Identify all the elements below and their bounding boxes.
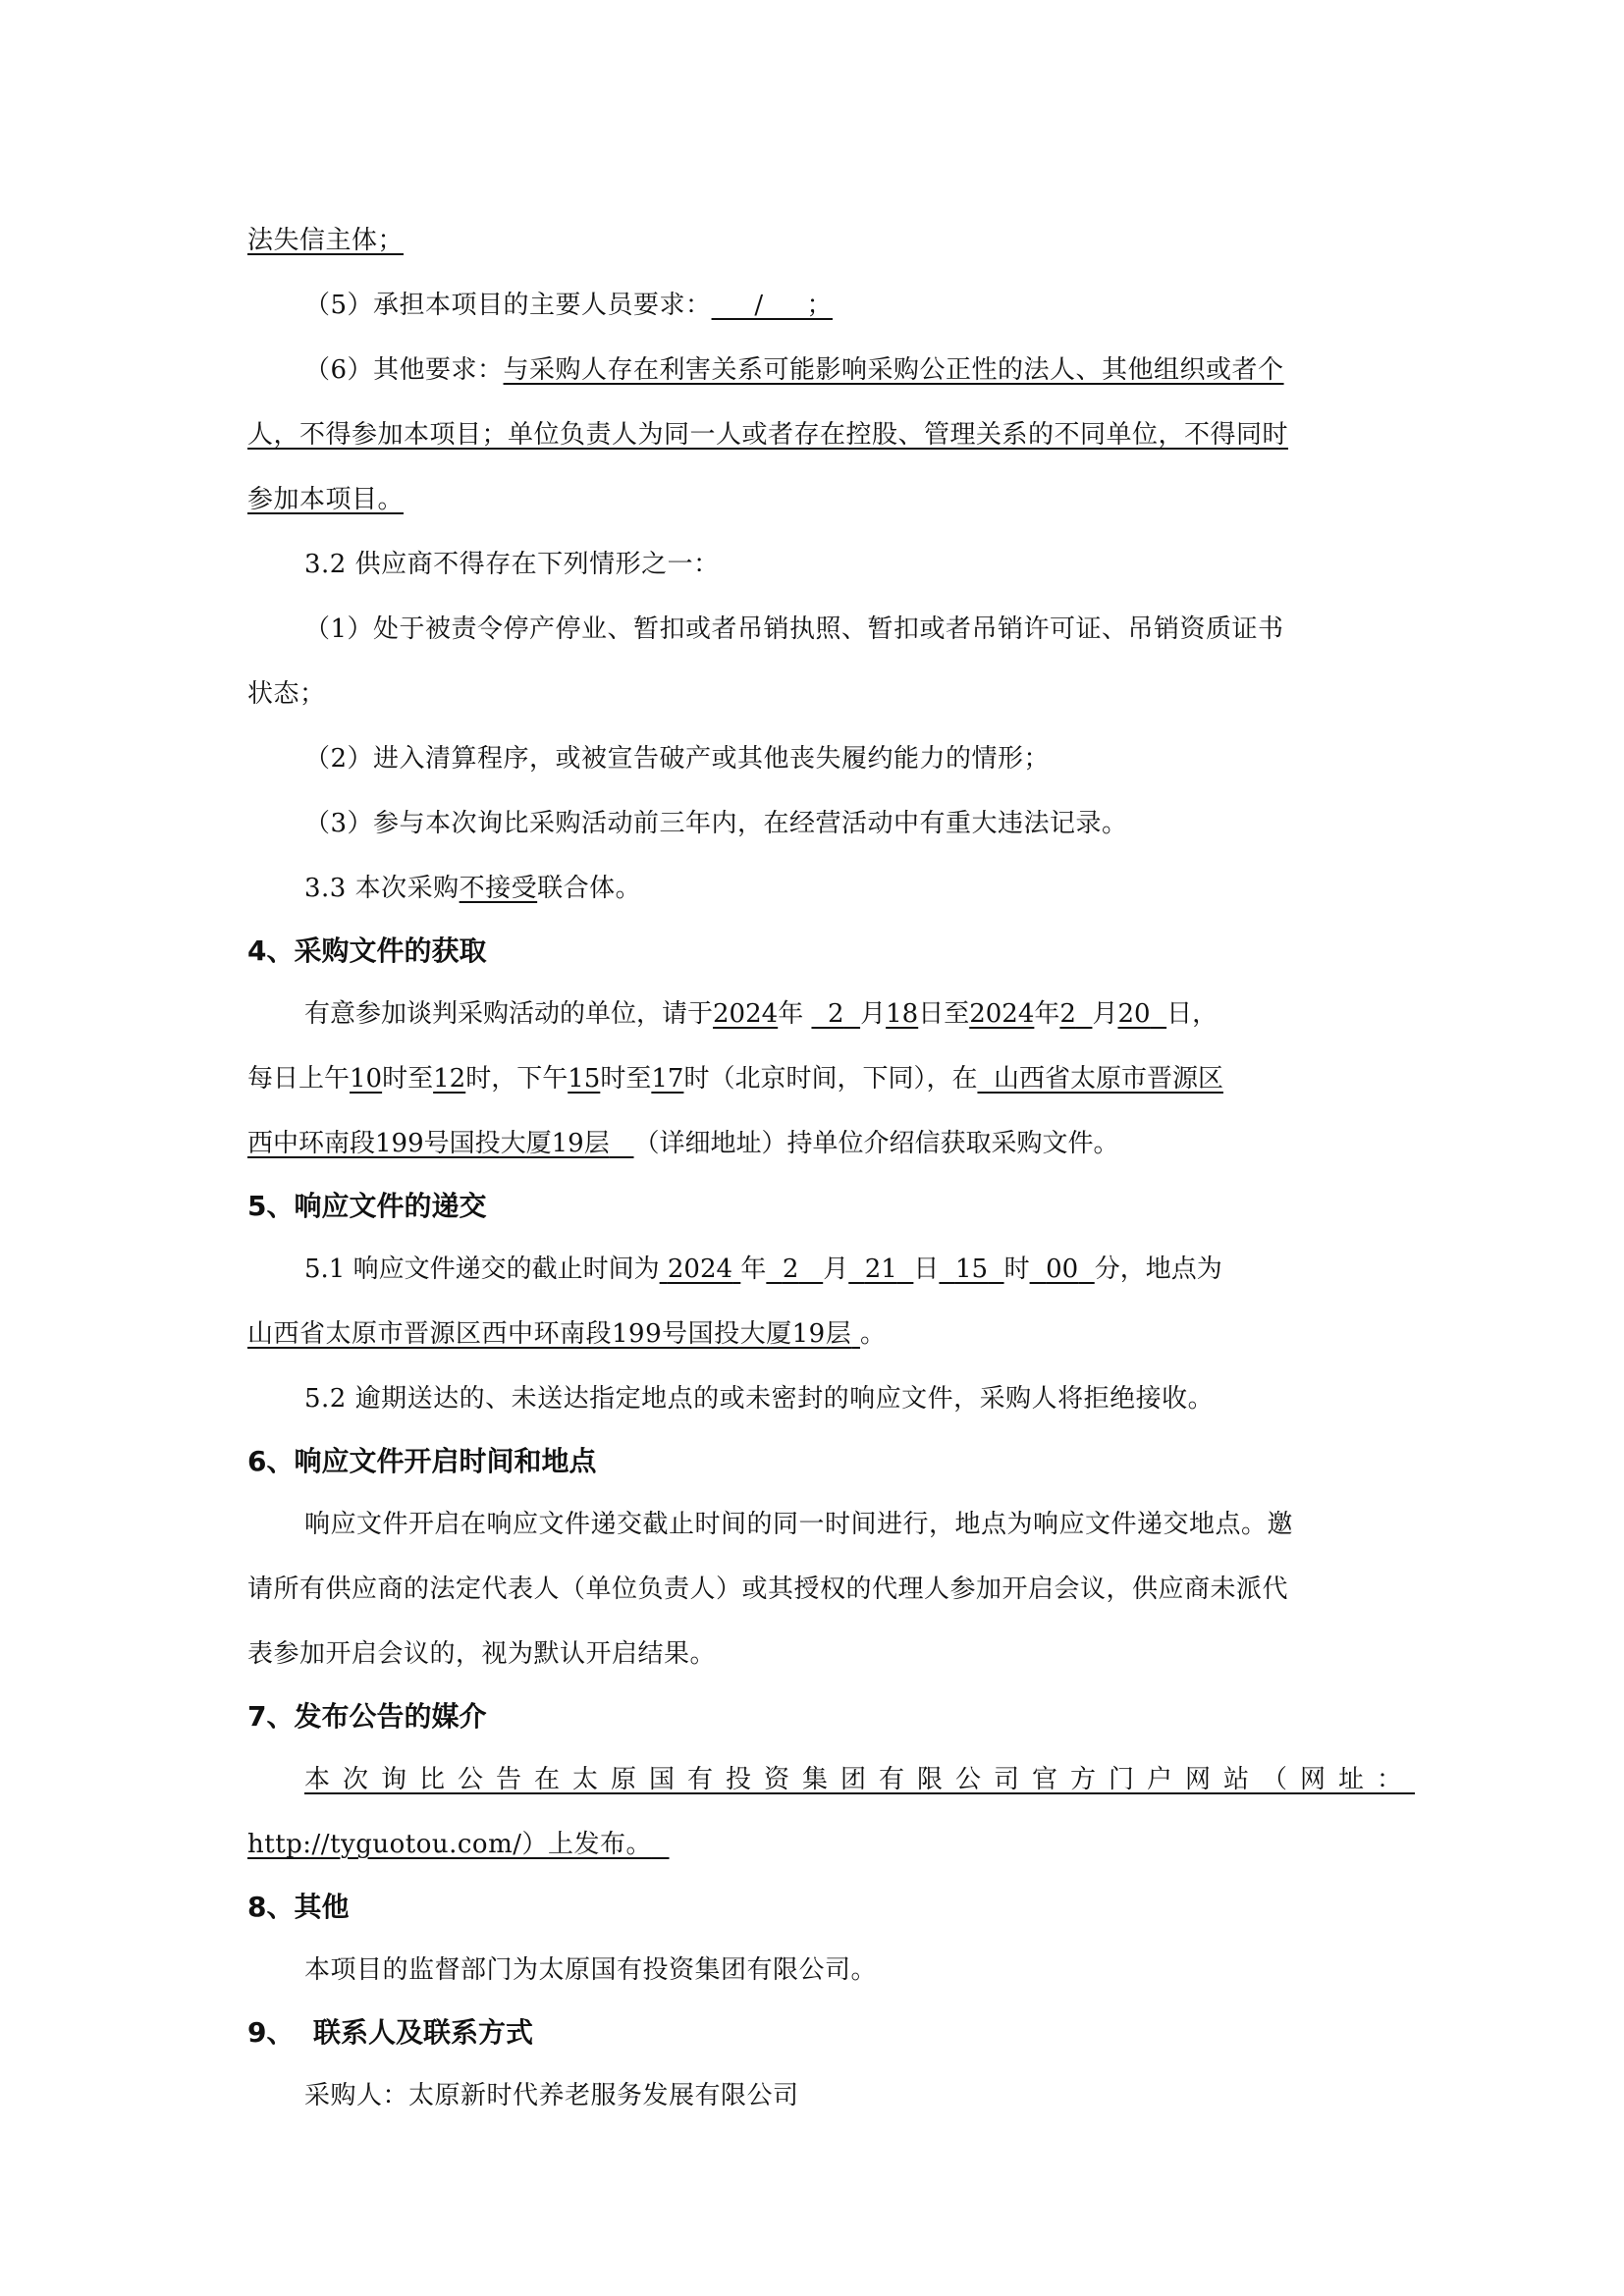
section-3-3: 3.3 本次采购不接受联合体。	[247, 856, 1386, 921]
section-6-line-3: 表参加开启会议的，视为默认开启结果。	[247, 1622, 1386, 1686]
document-body: 法失信主体； （5）承担本项目的主要人员要求： / ； （6）其他要求：与采购人…	[247, 208, 1386, 2128]
requirement-6-cont-2: 参加本项目。	[247, 467, 1386, 532]
line-dishonest-entity: 法失信主体；	[247, 208, 1386, 273]
purchaser-line: 采购人：太原新时代养老服务发展有限公司	[247, 2063, 1386, 2128]
document-page: 法失信主体； （5）承担本项目的主要人员要求： / ； （6）其他要求：与采购人…	[0, 0, 1624, 2296]
section-7-line-1: 本次询比公告在太原国有投资集团有限公司官方门户网站（网址：	[247, 1747, 1386, 1812]
section-5-2: 5.2 逾期送达的、未送达指定地点的或未密封的响应文件，采购人将拒绝接收。	[247, 1366, 1386, 1431]
website-link[interactable]: http://tyguotou.com/）上发布。	[247, 1830, 670, 1859]
section-4-line-2: 每日上午10时至12时，下午15时至17时（北京时间，下同），在 山西省太原市晋…	[247, 1046, 1386, 1111]
section-8-text: 本项目的监督部门为太原国有投资集团有限公司。	[247, 1938, 1386, 2002]
section-3-2-item-3: （3）参与本次询比采购活动前三年内，在经营活动中有重大违法记录。	[247, 791, 1386, 856]
section-8-heading: 8、其他	[247, 1877, 1386, 1938]
section-7-heading: 7、发布公告的媒介	[247, 1686, 1386, 1747]
section-6-line-2: 请所有供应商的法定代表人（单位负责人）或其授权的代理人参加开启会议，供应商未派代	[247, 1557, 1386, 1622]
requirement-6: （6）其他要求：与采购人存在利害关系可能影响采购公正性的法人、其他组织或者个	[247, 338, 1386, 402]
personnel-requirement-blank: / ；	[712, 291, 833, 320]
section-4-line-3: 西中环南段199号国投大厦19层 （详细地址）持单位介绍信获取采购文件。	[247, 1111, 1386, 1176]
section-4-line-1: 有意参加谈判采购活动的单位，请于2024年 2 月18日至2024年2 月20 …	[247, 982, 1386, 1046]
requirement-5: （5）承担本项目的主要人员要求： / ；	[247, 273, 1386, 338]
section-3-2-item-2: （2）进入清算程序，或被宣告破产或其他丧失履约能力的情形；	[247, 726, 1386, 791]
section-3-2-title: 3.2 供应商不得存在下列情形之一：	[247, 532, 1386, 597]
section-6-line-1: 响应文件开启在响应文件递交截止时间的同一时间进行，地点为响应文件递交地点。邀	[247, 1492, 1386, 1557]
media-statement: 本次询比公告在太原国有投资集团有限公司官方门户网站（网址：	[304, 1765, 1415, 1794]
section-4-heading: 4、采购文件的获取	[247, 921, 1386, 982]
section-5-1-address: 山西省太原市晋源区西中环南段199号国投大厦19层 。	[247, 1302, 1386, 1366]
section-5-1: 5.1 响应文件递交的截止时间为 2024 年 2 月 21 日 15 时 00…	[247, 1237, 1386, 1302]
requirement-6-cont-1: 人，不得参加本项目；单位负责人为同一人或者存在控股、管理关系的不同单位，不得同时	[247, 402, 1386, 467]
section-9-heading: 9、 联系人及联系方式	[247, 2002, 1386, 2063]
section-3-2-item-1-cont: 状态；	[247, 662, 1386, 726]
section-3-2-item-1: （1）处于被责令停产停业、暂扣或者吊销执照、暂扣或者吊销许可证、吊销资质证书	[247, 597, 1386, 662]
section-7-line-2: http://tyguotou.com/）上发布。	[247, 1812, 1386, 1877]
section-6-heading: 6、响应文件开启时间和地点	[247, 1431, 1386, 1492]
section-5-heading: 5、响应文件的递交	[247, 1176, 1386, 1237]
